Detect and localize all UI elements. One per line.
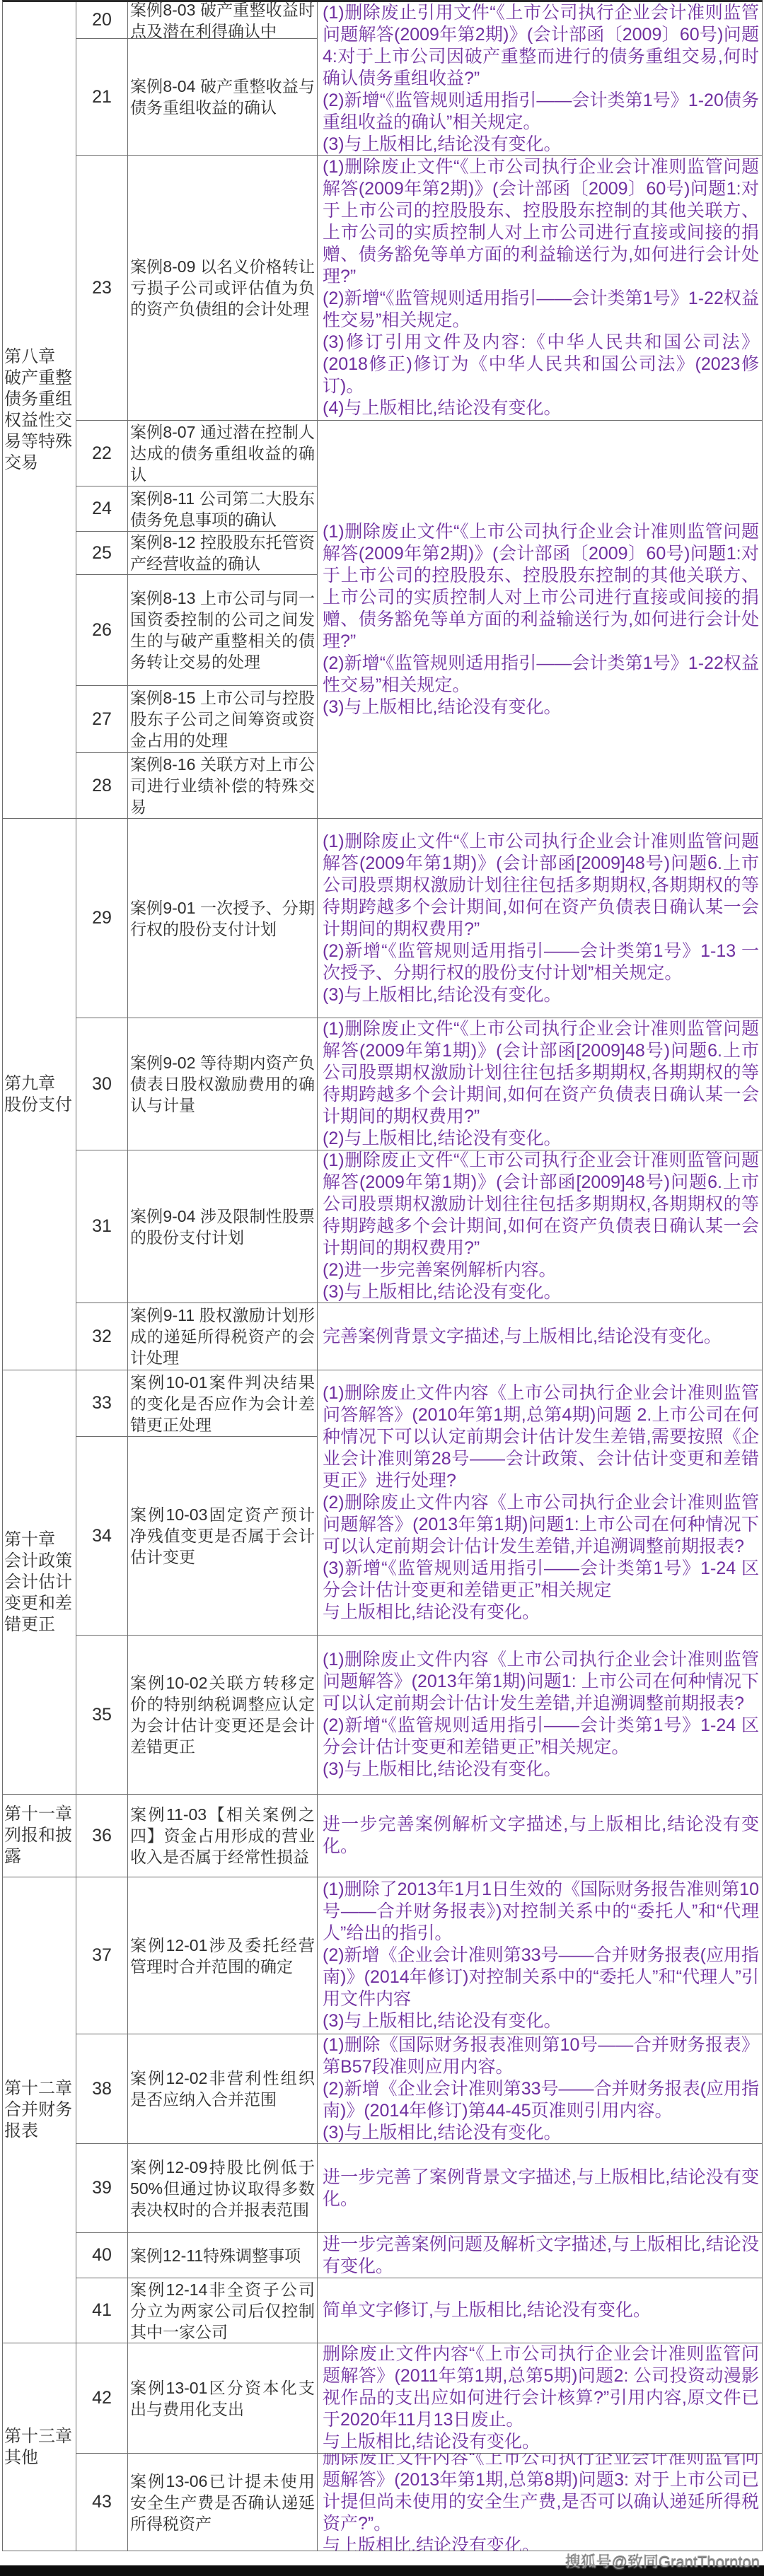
row-number: 32 xyxy=(76,1303,128,1370)
case-name: 案例13-01区分资本化支出与费用化支出 xyxy=(128,2343,318,2454)
chapter-label-10: 第十章 会计政策会计估计变更和差错更正 xyxy=(3,1370,76,1795)
table-row: 25 案例8-12 控股股东托管资产经营收益的确认 xyxy=(76,532,318,575)
row-number: 43 xyxy=(76,2454,128,2551)
case-name: 案例9-02 等待期内资产负债表日股权激励费用的确认与计量 xyxy=(128,1018,318,1150)
table-row: 43 案例13-06已计提未使用安全生产费是否确认递延所得税资产 xyxy=(76,2454,318,2551)
chapter-title: 第十一章 xyxy=(4,1804,74,1825)
description-column: (1)删除废止文件内容《上市公司执行企业会计准则监管问答解答》(2010年第1期… xyxy=(318,1370,763,1795)
row-number: 22 xyxy=(76,421,128,486)
page: 第八章 破产重整债务重组权益性交易等特殊交易 20 案例8-03 破产重整收益时… xyxy=(0,0,764,2576)
row-number: 26 xyxy=(76,575,128,686)
chapter-label-11: 第十一章 列报和披露 xyxy=(3,1795,76,1877)
change-description: 完善案例背景文字描述,与上版相比,结论没有变化。 xyxy=(318,1303,763,1370)
case-name: 案例8-04 破产重整收益与债务重组收益的确认 xyxy=(128,39,318,156)
case-name: 案例9-11 股权激励计划形成的递延所得税资产的会计处理 xyxy=(128,1303,318,1370)
row-number: 24 xyxy=(76,486,128,532)
table-row: 30 案例9-02 等待期内资产负债表日股权激励费用的确认与计量 xyxy=(76,1018,318,1150)
case-name: 案例10-01案件判决结果的变化是否应作为会计差错更正处理 xyxy=(128,1370,318,1437)
change-description: (1)删除废止文件“《上市公司执行企业会计准则监管问题解答(2009年第2期)》… xyxy=(318,421,763,819)
chapter-block-13: 第十三章 其他 42 案例13-01区分资本化支出与费用化支出 43 案例13-… xyxy=(3,2343,763,2551)
case-name: 案例13-06已计提未使用安全生产费是否确认递延所得税资产 xyxy=(128,2454,318,2551)
row-number: 42 xyxy=(76,2343,128,2454)
case-name: 案例10-03固定资产预计净残值变更是否属于会计估计变更 xyxy=(128,1437,318,1636)
case-column: 33 案例10-01案件判决结果的变化是否应作为会计差错更正处理 34 案例10… xyxy=(76,1370,318,1795)
case-column: 29 案例9-01 一次授予、分期行权的股份支付计划 30 案例9-02 等待期… xyxy=(76,819,318,1370)
table-row: 26 案例8-13 上市公司与同一国资委控制的公司之间发生的与破产重整相关的债务… xyxy=(76,575,318,686)
table-row: 21 案例8-04 破产重整收益与债务重组收益的确认 xyxy=(76,39,318,156)
case-name: 案例12-02非营利性组织是否应纳入合并范围 xyxy=(128,2034,318,2144)
case-name: 案例8-07 通过潜在控制人达成的债务重组收益的确认 xyxy=(128,421,318,486)
chapter-subtitle: 其他 xyxy=(4,2447,74,2469)
description-column: (1)删除了2013年1月1日生效的《国际财务报告准则第10号——合并财务报表》… xyxy=(318,1877,763,2343)
change-description: (1)删除《国际财务报表准则第10号——合并财务报表》第B57段准则应用内容。 … xyxy=(318,2034,763,2144)
case-name: 案例8-12 控股股东托管资产经营收益的确认 xyxy=(128,532,318,575)
chapter-title: 第八章 xyxy=(4,346,74,368)
row-number: 23 xyxy=(76,156,128,421)
change-description: (1)删除废止文件“《上市公司执行企业会计准则监管问题解答(2009年第1期)》… xyxy=(318,819,763,1018)
table-row: 35 案例10-02关联方转移定价的特别纳税调整应认定为会计估计变更还是会计差错… xyxy=(76,1636,318,1795)
cases-update-table: 第八章 破产重整债务重组权益性交易等特殊交易 20 案例8-03 破产重整收益时… xyxy=(2,0,763,2551)
case-column: 36 案例11-03【相关案例之四】资金占用形成的营业收入是否属于经常性损益 xyxy=(76,1795,318,1877)
chapter-label-13: 第十三章 其他 xyxy=(3,2343,76,2551)
table-row: 36 案例11-03【相关案例之四】资金占用形成的营业收入是否属于经常性损益 xyxy=(76,1795,318,1877)
chapter-label-8: 第八章 破产重整债务重组权益性交易等特殊交易 xyxy=(3,2,76,819)
chapter-subtitle: 合并财务报表 xyxy=(4,2099,74,2142)
row-number: 41 xyxy=(76,2278,128,2343)
case-name: 案例10-02关联方转移定价的特别纳税调整应认定为会计估计变更还是会计差错更正 xyxy=(128,1636,318,1795)
case-name: 案例9-04 涉及限制性股票的股份支付计划 xyxy=(128,1150,318,1303)
chapter-block-11: 第十一章 列报和披露 36 案例11-03【相关案例之四】资金占用形成的营业收入… xyxy=(3,1795,763,1877)
table-row: 23 案例8-09 以名义价格转让亏损子公司或评估值为负的资产负债组的会计处理 xyxy=(76,156,318,421)
table-row: 34 案例10-03固定资产预计净残值变更是否属于会计估计变更 xyxy=(76,1437,318,1636)
change-description: (1)删除废止文件“《上市公司执行企业会计准则监管问题解答(2009年第2期)》… xyxy=(318,156,763,421)
row-number: 34 xyxy=(76,1437,128,1636)
table-row: 31 案例9-04 涉及限制性股票的股份支付计划 xyxy=(76,1150,318,1303)
row-number: 28 xyxy=(76,753,128,819)
chapter-subtitle: 列报和披露 xyxy=(4,1825,74,1867)
table-row: 40 案例12-11特殊调整事项 xyxy=(76,2233,318,2278)
chapter-block-12: 第十二章 合并财务报表 37 案例12-01涉及委托经营管理时合并范围的确定 3… xyxy=(3,1877,763,2343)
change-description: 进一步完善案例问题及解析文字描述,与上版相比,结论没有变化。 xyxy=(318,2233,763,2278)
case-column: 20 案例8-03 破产重整收益时点及潜在利得确认中 21 案例8-04 破产重… xyxy=(76,2,318,819)
case-name: 案例8-16 关联方对上市公司进行业绩补偿的特殊交易 xyxy=(128,753,318,819)
table-row: 39 案例12-09持股比例低于50%但通过协议取得多数表决权时的合并报表范围 xyxy=(76,2144,318,2233)
change-description: (1)删除废止文件内容《上市公司执行企业会计准则监管问题解答》(2013年第1期… xyxy=(318,1636,763,1795)
chapter-block-8: 第八章 破产重整债务重组权益性交易等特殊交易 20 案例8-03 破产重整收益时… xyxy=(3,2,763,819)
case-column: 37 案例12-01涉及委托经营管理时合并范围的确定 38 案例12-02非营利… xyxy=(76,1877,318,2343)
row-number: 35 xyxy=(76,1636,128,1795)
change-description: 删除废止文件内容“《上市公司执行企业会计准则监管问题解答》(2011年第1期,总… xyxy=(318,2343,763,2454)
row-number: 36 xyxy=(76,1795,128,1877)
table-row: 32 案例9-11 股权激励计划形成的递延所得税资产的会计处理 xyxy=(76,1303,318,1370)
case-name: 案例8-15 上市公司与控股股东子公司之间筹资或资金占用的处理 xyxy=(128,686,318,753)
chapter-label-9: 第九章 股份支付 xyxy=(3,819,76,1370)
case-name: 案例8-09 以名义价格转让亏损子公司或评估值为负的资产负债组的会计处理 xyxy=(128,156,318,421)
case-name: 案例8-11 公司第二大股东债务免息事项的确认 xyxy=(128,486,318,532)
row-number: 40 xyxy=(76,2233,128,2278)
case-name: 案例12-14非全资子公司分立为两家公司后仅控制其中一家公司 xyxy=(128,2278,318,2343)
table-row: 20 案例8-03 破产重整收益时点及潜在利得确认中 xyxy=(76,2,318,39)
table-row: 22 案例8-07 通过潜在控制人达成的债务重组收益的确认 xyxy=(76,421,318,486)
change-description: (1)删除了2013年1月1日生效的《国际财务报告准则第10号——合并财务报表》… xyxy=(318,1877,763,2034)
chapter-title: 第十章 xyxy=(4,1529,74,1551)
row-number: 27 xyxy=(76,686,128,753)
change-description: (1)删除废止文件内容《上市公司执行企业会计准则监管问答解答》(2010年第1期… xyxy=(318,1370,763,1636)
table-row: 27 案例8-15 上市公司与控股股东子公司之间筹资或资金占用的处理 xyxy=(76,686,318,753)
case-name: 案例9-01 一次授予、分期行权的股份支付计划 xyxy=(128,819,318,1018)
row-number: 29 xyxy=(76,819,128,1018)
row-number: 33 xyxy=(76,1370,128,1437)
change-description: 进一步完善了案例背景文字描述,与上版相比,结论没有变化。 xyxy=(318,2144,763,2233)
case-name: 案例8-03 破产重整收益时点及潜在利得确认中 xyxy=(128,2,318,39)
row-number: 30 xyxy=(76,1018,128,1150)
chapter-subtitle: 会计政策会计估计变更和差错更正 xyxy=(4,1551,74,1636)
table-row: 29 案例9-01 一次授予、分期行权的股份支付计划 xyxy=(76,819,318,1018)
case-name: 案例11-03【相关案例之四】资金占用形成的营业收入是否属于经常性损益 xyxy=(128,1795,318,1877)
case-name: 案例12-11特殊调整事项 xyxy=(128,2233,318,2278)
table-row: 24 案例8-11 公司第二大股东债务免息事项的确认 xyxy=(76,486,318,532)
table-row: 41 案例12-14非全资子公司分立为两家公司后仅控制其中一家公司 xyxy=(76,2278,318,2343)
row-number: 20 xyxy=(76,2,128,39)
row-number: 38 xyxy=(76,2034,128,2144)
chapter-title: 第十三章 xyxy=(4,2426,74,2447)
chapter-subtitle: 破产重整债务重组权益性交易等特殊交易 xyxy=(4,368,74,474)
description-column: (1)删除废止引用文件“《上市公司执行企业会计准则监管问题解答(2009年第2期… xyxy=(318,2,763,819)
table-row: 28 案例8-16 关联方对上市公司进行业绩补偿的特殊交易 xyxy=(76,753,318,819)
watermark: 搜狐号@致同GrantThornton xyxy=(565,2550,760,2572)
chapter-label-12: 第十二章 合并财务报表 xyxy=(3,1877,76,2343)
row-number: 25 xyxy=(76,532,128,575)
chapter-block-10: 第十章 会计政策会计估计变更和差错更正 33 案例10-01案件判决结果的变化是… xyxy=(3,1370,763,1795)
description-column: 进一步完善案例解析文字描述,与上版相比,结论没有变化。 xyxy=(318,1795,763,1877)
case-name: 案例12-09持股比例低于50%但通过协议取得多数表决权时的合并报表范围 xyxy=(128,2144,318,2233)
table-row: 33 案例10-01案件判决结果的变化是否应作为会计差错更正处理 xyxy=(76,1370,318,1437)
change-description: 进一步完善案例解析文字描述,与上版相比,结论没有变化。 xyxy=(318,1795,763,1877)
chapter-subtitle: 股份支付 xyxy=(4,1095,74,1116)
chapter-block-9: 第九章 股份支付 29 案例9-01 一次授予、分期行权的股份支付计划 30 案… xyxy=(3,819,763,1370)
table-row: 37 案例12-01涉及委托经营管理时合并范围的确定 xyxy=(76,1877,318,2034)
row-number: 37 xyxy=(76,1877,128,2034)
case-name: 案例8-13 上市公司与同一国资委控制的公司之间发生的与破产重整相关的债务转让交… xyxy=(128,575,318,686)
case-name: 案例12-01涉及委托经营管理时合并范围的确定 xyxy=(128,1877,318,2034)
description-column: (1)删除废止文件“《上市公司执行企业会计准则监管问题解答(2009年第1期)》… xyxy=(318,819,763,1370)
description-column: 删除废止文件内容“《上市公司执行企业会计准则监管问题解答》(2011年第1期,总… xyxy=(318,2343,763,2551)
row-number: 39 xyxy=(76,2144,128,2233)
case-column: 42 案例13-01区分资本化支出与费用化支出 43 案例13-06已计提未使用… xyxy=(76,2343,318,2551)
chapter-title: 第九章 xyxy=(4,1073,74,1095)
row-number: 31 xyxy=(76,1150,128,1303)
change-description: 删除废止文件内容“《上市公司执行企业会计准则监管问题解答》(2013年第1期,总… xyxy=(318,2454,763,2551)
row-number: 21 xyxy=(76,39,128,156)
table-row: 42 案例13-01区分资本化支出与费用化支出 xyxy=(76,2343,318,2454)
chapter-title: 第十二章 xyxy=(4,2078,74,2099)
change-description: (1)删除废止引用文件“《上市公司执行企业会计准则监管问题解答(2009年第2期… xyxy=(318,2,763,156)
table-row: 38 案例12-02非营利性组织是否应纳入合并范围 xyxy=(76,2034,318,2144)
change-description: (1)删除废止文件“《上市公司执行企业会计准则监管问题解答(2009年第1期)》… xyxy=(318,1018,763,1150)
change-description: 简单文字修订,与上版相比,结论没有变化。 xyxy=(318,2278,763,2343)
change-description: (1)删除废止文件“《上市公司执行企业会计准则监管问题解答(2009年第1期)》… xyxy=(318,1150,763,1303)
